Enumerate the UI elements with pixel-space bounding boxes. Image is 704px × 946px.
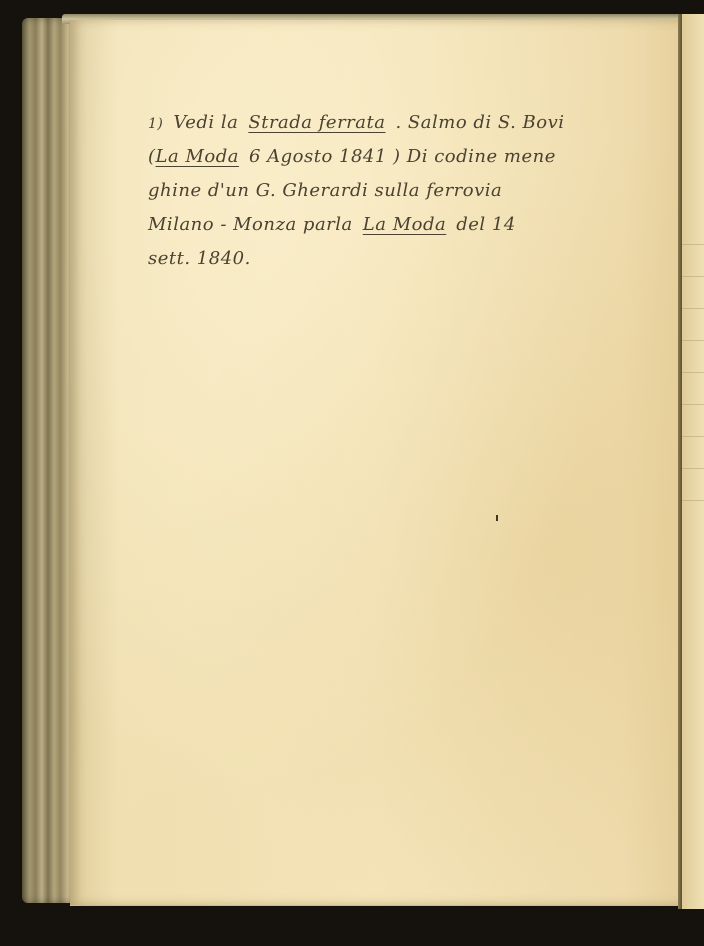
note-text: Milano - Monza parla [148, 214, 353, 235]
note-text: ( [148, 146, 156, 167]
handwritten-note: 1)Vedi laStrada ferrata. Salmo di S. Bov… [148, 106, 668, 276]
underlined-title: Strada ferrata [248, 112, 385, 133]
note-text: . Salmo di S. Bovi [395, 112, 564, 133]
ruled-line [682, 436, 704, 437]
footnote-marker: 1) [148, 116, 163, 132]
note-text: Vedi la [173, 112, 238, 133]
ruled-line [682, 500, 704, 501]
note-line-4: Milano - Monza parlaLa Modadel 14 [148, 208, 668, 242]
facing-page-edge [682, 14, 704, 909]
ruled-line [682, 340, 704, 341]
note-text: del 14 [456, 214, 516, 235]
note-line-3: ghine d'un G. Gherardi sulla ferrovia [148, 174, 668, 208]
note-text: sett. 1840. [148, 248, 251, 269]
ruled-line [682, 404, 704, 405]
ruled-line [682, 244, 704, 245]
scanned-book-page: 1)Vedi laStrada ferrata. Salmo di S. Bov… [0, 0, 704, 946]
ruled-line [682, 468, 704, 469]
note-text: 6 Agosto 1841 ) Di codine mene [249, 146, 556, 167]
ruled-line [682, 276, 704, 277]
note-line-1: 1)Vedi laStrada ferrata. Salmo di S. Bov… [148, 106, 668, 140]
ruled-line [682, 372, 704, 373]
note-text: ghine d'un G. Gherardi sulla ferrovia [148, 180, 502, 201]
ruled-line [682, 308, 704, 309]
underlined-title: La Moda [363, 214, 446, 235]
underlined-title: La Moda [156, 146, 239, 167]
note-line-2: (La Moda6 Agosto 1841 ) Di codine mene [148, 140, 668, 174]
note-line-5: sett. 1840. [148, 242, 668, 276]
ink-speck [496, 515, 498, 521]
